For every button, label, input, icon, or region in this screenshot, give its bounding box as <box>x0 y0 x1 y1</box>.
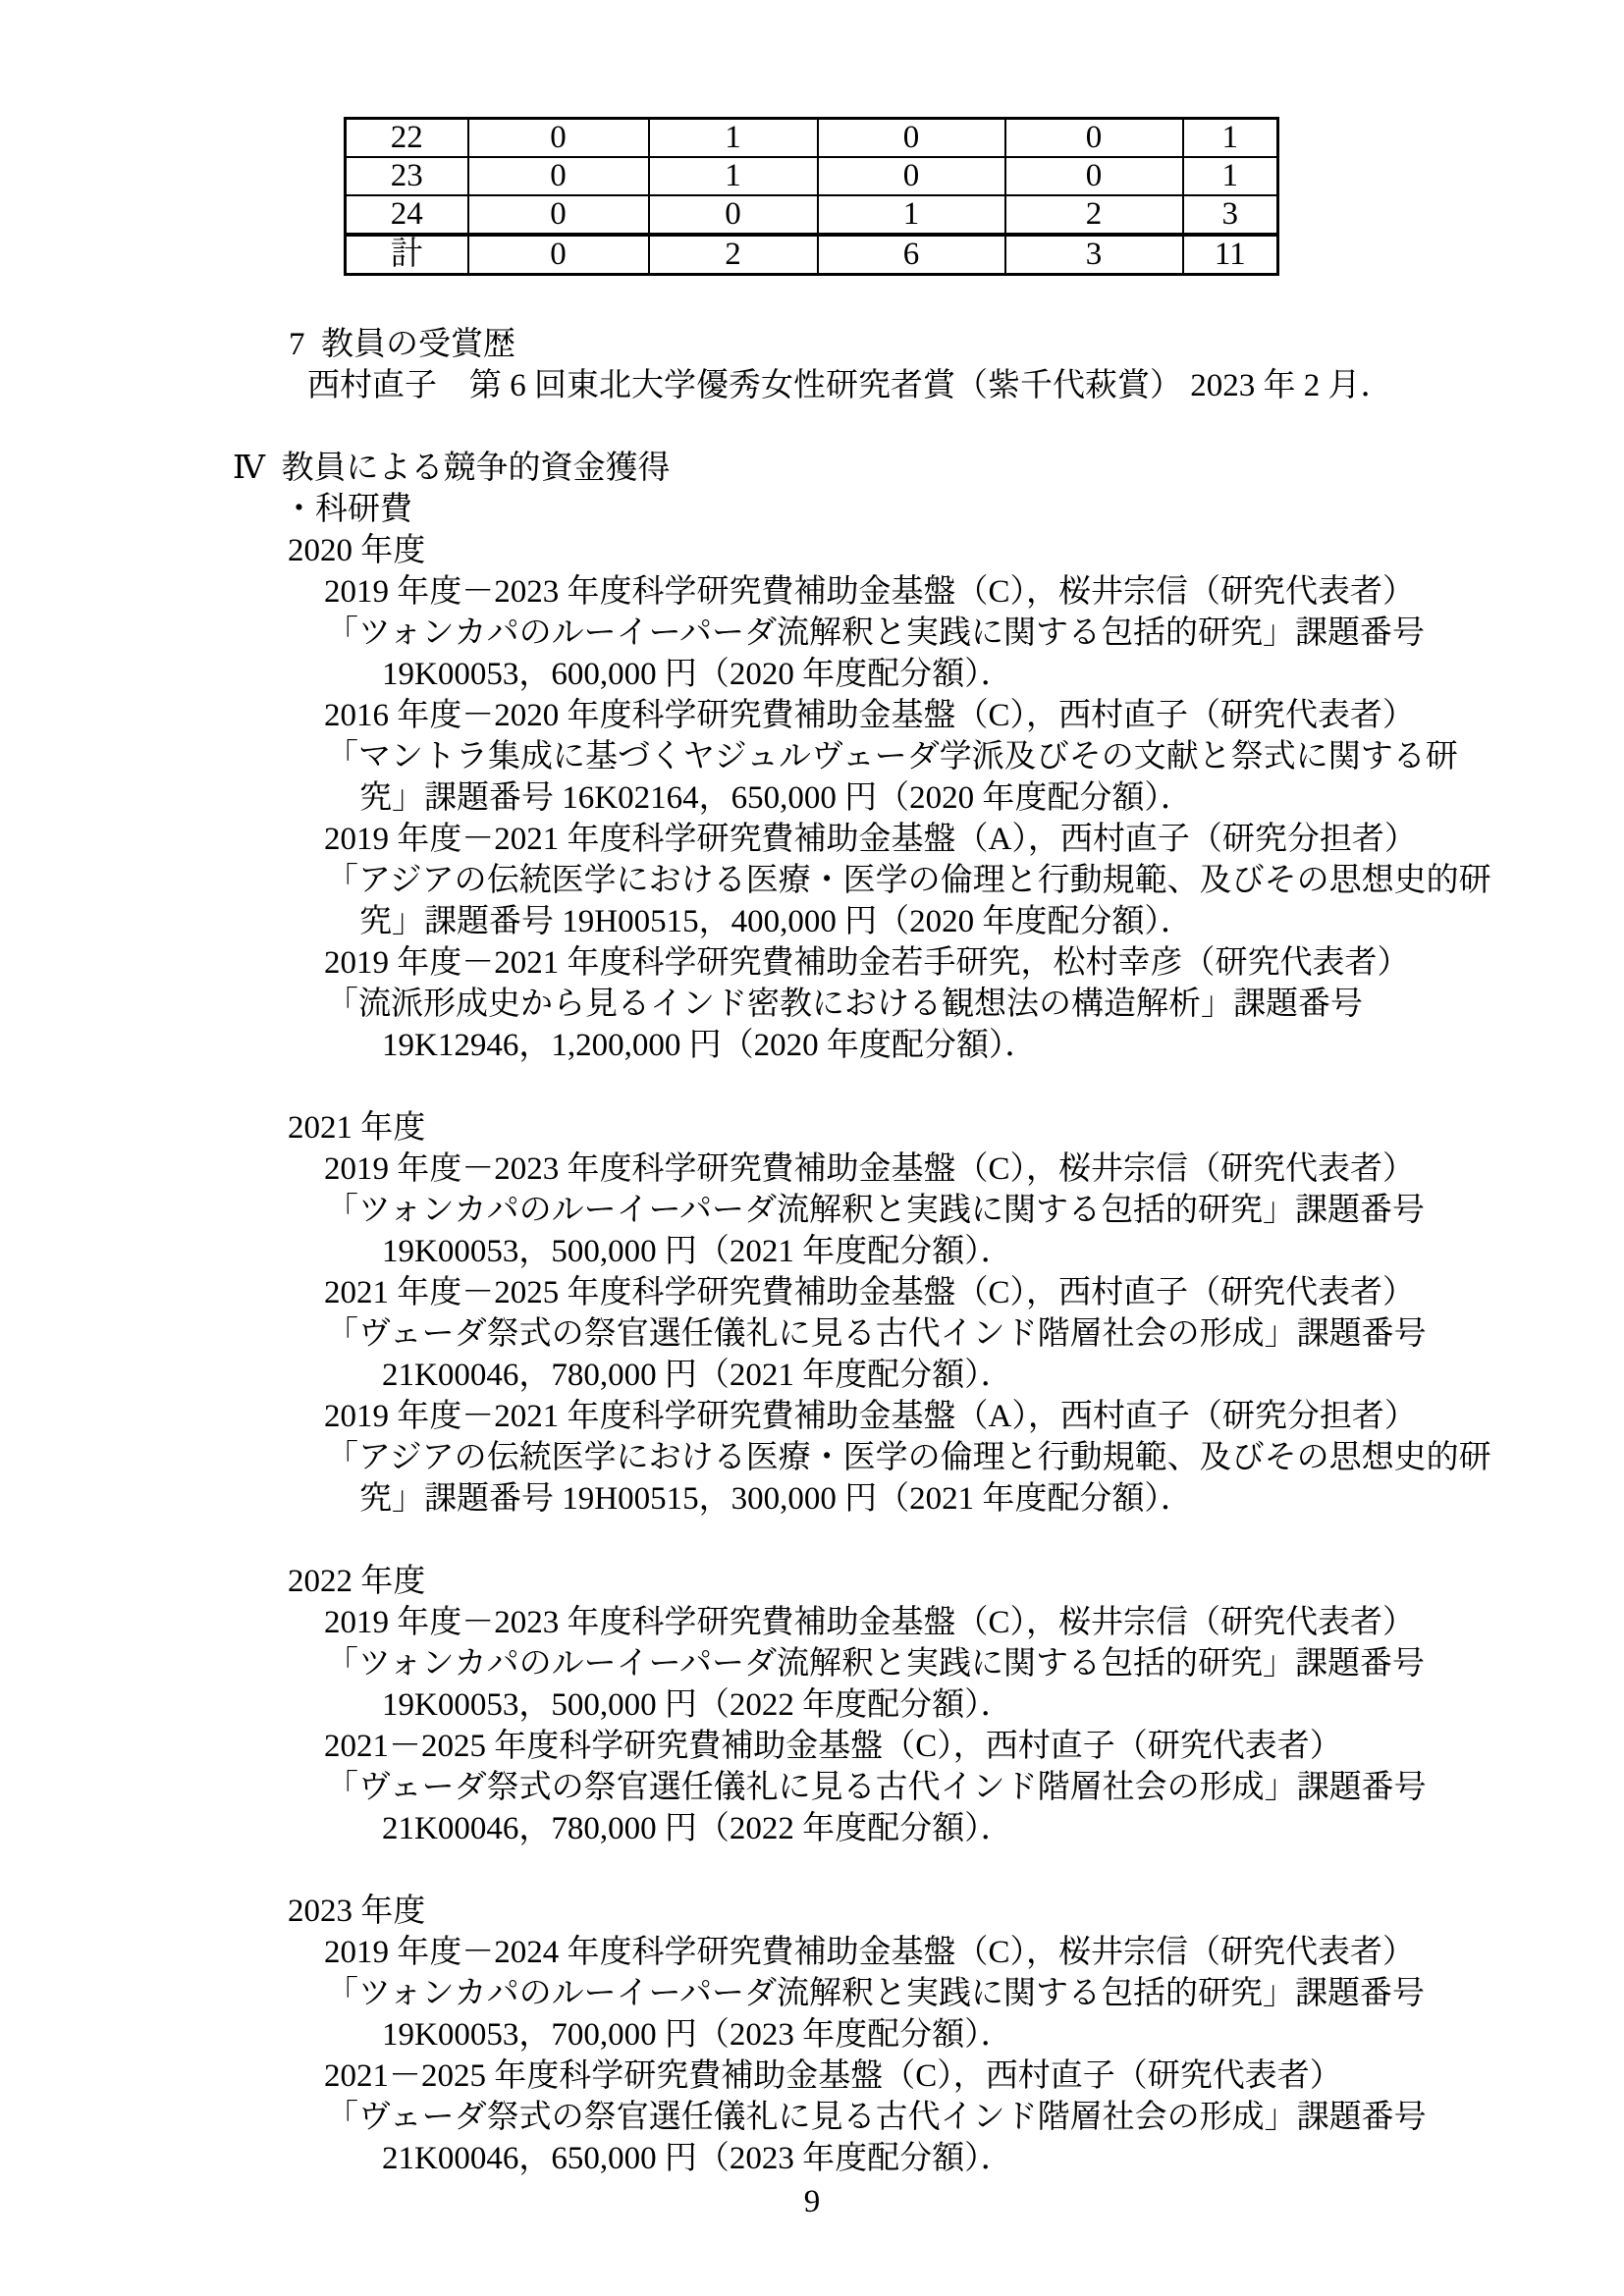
funding-category: ・科研費 <box>0 489 1624 530</box>
funding-line: 21K00046，780,000 円（2022 年度配分額）． <box>0 1808 1624 1849</box>
funding-line: 究」課題番号 19H00515，300,000 円（2021 年度配分額）． <box>0 1478 1624 1520</box>
table-cell: 1 <box>649 119 818 158</box>
table-cell: 0 <box>818 119 1005 158</box>
table-cell: 0 <box>468 119 649 158</box>
funding-line: 19K00053，500,000 円（2022 年度配分額）． <box>0 1684 1624 1726</box>
summary-table-body: 220100123010012400123計026311 <box>346 119 1278 275</box>
row-label: 23 <box>346 157 468 195</box>
funding-line: 21K00046，780,000 円（2021 年度配分額）． <box>0 1355 1624 1396</box>
table-cell: 0 <box>468 235 649 275</box>
table-cell: 6 <box>818 235 1005 275</box>
award-entry: 西村直子 第 6 回東北大学優秀女性研究者賞（紫千代萩賞） 2023 年 2 月… <box>0 365 1624 406</box>
document-page: 220100123010012400123計026311 7 教員の受賞歴 西村… <box>0 0 1624 2296</box>
funding-heading: Ⅳ 教員による競争的資金獲得 <box>0 448 1624 489</box>
table-cell: 2 <box>1005 195 1183 235</box>
table-cell: 2 <box>649 235 818 275</box>
funding-line: 2019 年度－2021 年度科学研究費補助金基盤（A），西村直子（研究分担者） <box>0 819 1624 860</box>
funding-line: 「ツォンカパのルーイーパーダ流解釈と実践に関する包括的研究」課題番号 <box>0 1190 1624 1231</box>
funding-line: 19K00053，500,000 円（2021 年度配分額）． <box>0 1231 1624 1272</box>
year-heading: 2021 年度 <box>0 1107 1624 1148</box>
funding-line: 「マントラ集成に基づくヤジュルヴェーダ学派及びその文献と祭式に関する研 <box>0 736 1624 777</box>
funding-line: 2016 年度－2020 年度科学研究費補助金基盤（C），西村直子（研究代表者） <box>0 695 1624 736</box>
funding-line: 19K12946，1,200,000 円（2020 年度配分額）． <box>0 1025 1624 1066</box>
blank-line <box>0 406 1624 448</box>
table-cell: 0 <box>1005 157 1183 195</box>
table-cell: 1 <box>1183 157 1278 195</box>
awards-heading: 7 教員の受賞歴 <box>0 324 1624 365</box>
table-cell: 1 <box>649 157 818 195</box>
table-cell: 1 <box>818 195 1005 235</box>
funding-years: 2020 年度2019 年度－2023 年度科学研究費補助金基盤（C），桜井宗信… <box>0 530 1624 2179</box>
year-heading: 2023 年度 <box>0 1891 1624 1932</box>
table-cell: 3 <box>1005 235 1183 275</box>
funding-line: 「ヴェーダ祭式の祭官選任儀礼に見る古代インド階層社会の形成」課題番号 <box>0 1313 1624 1355</box>
table-cell: 0 <box>468 195 649 235</box>
blank-line <box>0 1520 1624 1561</box>
table-cell: 0 <box>1005 119 1183 158</box>
funding-line: 究」課題番号 16K02164，650,000 円（2020 年度配分額）． <box>0 777 1624 819</box>
blank-line <box>0 1066 1624 1107</box>
funding-line: 「ヴェーダ祭式の祭官選任儀礼に見る古代インド階層社会の形成」課題番号 <box>0 2097 1624 2138</box>
funding-line: 2021－2025 年度科学研究費補助金基盤（C），西村直子（研究代表者） <box>0 2056 1624 2097</box>
funding-line: 「ヴェーダ祭式の祭官選任儀礼に見る古代インド階層社会の形成」課題番号 <box>0 1767 1624 1808</box>
funding-line: 2019 年度－2023 年度科学研究費補助金基盤（C），桜井宗信（研究代表者） <box>0 1148 1624 1190</box>
funding-line: 「ツォンカパのルーイーパーダ流解釈と実践に関する包括的研究」課題番号 <box>0 613 1624 654</box>
table-cell: 11 <box>1183 235 1278 275</box>
table-cell: 0 <box>818 157 1005 195</box>
table-row: 2400123 <box>346 195 1278 235</box>
year-heading: 2020 年度 <box>0 530 1624 571</box>
funding-line: 「ツォンカパのルーイーパーダ流解釈と実践に関する包括的研究」課題番号 <box>0 1643 1624 1684</box>
document-body: 7 教員の受賞歴 西村直子 第 6 回東北大学優秀女性研究者賞（紫千代萩賞） 2… <box>0 324 1624 2179</box>
funding-line: 「流派形成史から見るインド密教における観想法の構造解析」課題番号 <box>0 984 1624 1025</box>
year-heading: 2022 年度 <box>0 1561 1624 1602</box>
table-cell: 0 <box>649 195 818 235</box>
funding-line: 2021－2025 年度科学研究費補助金基盤（C），西村直子（研究代表者） <box>0 1726 1624 1767</box>
funding-line: 21K00046，650,000 円（2023 年度配分額）． <box>0 2138 1624 2179</box>
funding-line: 2019 年度－2023 年度科学研究費補助金基盤（C），桜井宗信（研究代表者） <box>0 1602 1624 1643</box>
funding-line: 19K00053，700,000 円（2023 年度配分額）． <box>0 2014 1624 2056</box>
funding-line: 2019 年度－2021 年度科学研究費補助金基盤（A），西村直子（研究分担者） <box>0 1396 1624 1437</box>
table-cell: 1 <box>1183 119 1278 158</box>
page-number: 9 <box>0 2181 1624 2222</box>
funding-line: 2019 年度－2023 年度科学研究費補助金基盤（C），桜井宗信（研究代表者） <box>0 571 1624 613</box>
table-row: 2301001 <box>346 157 1278 195</box>
row-label: 24 <box>346 195 468 235</box>
funding-line: 19K00053，600,000 円（2020 年度配分額）． <box>0 654 1624 695</box>
row-label: 22 <box>346 119 468 158</box>
funding-line: 「ツォンカパのルーイーパーダ流解釈と実践に関する包括的研究」課題番号 <box>0 1973 1624 2014</box>
blank-line <box>0 1849 1624 1891</box>
funding-line: 2021 年度－2025 年度科学研究費補助金基盤（C），西村直子（研究代表者） <box>0 1272 1624 1313</box>
funding-line: 究」課題番号 19H00515，400,000 円（2020 年度配分額）． <box>0 901 1624 942</box>
table-cell: 0 <box>468 157 649 195</box>
table-row: 計026311 <box>346 235 1278 275</box>
table-row: 2201001 <box>346 119 1278 158</box>
row-label: 計 <box>346 235 468 275</box>
funding-line: 「アジアの伝統医学における医療・医学の倫理と行動規範、及びその思想史的研 <box>0 860 1624 901</box>
table-cell: 3 <box>1183 195 1278 235</box>
funding-line: 2019 年度－2021 年度科学研究費補助金若手研究，松村幸彦（研究代表者） <box>0 942 1624 984</box>
summary-table: 220100123010012400123計026311 <box>344 117 1279 276</box>
funding-line: 「アジアの伝統医学における医療・医学の倫理と行動規範、及びその思想史的研 <box>0 1437 1624 1478</box>
funding-line: 2019 年度－2024 年度科学研究費補助金基盤（C），桜井宗信（研究代表者） <box>0 1932 1624 1973</box>
